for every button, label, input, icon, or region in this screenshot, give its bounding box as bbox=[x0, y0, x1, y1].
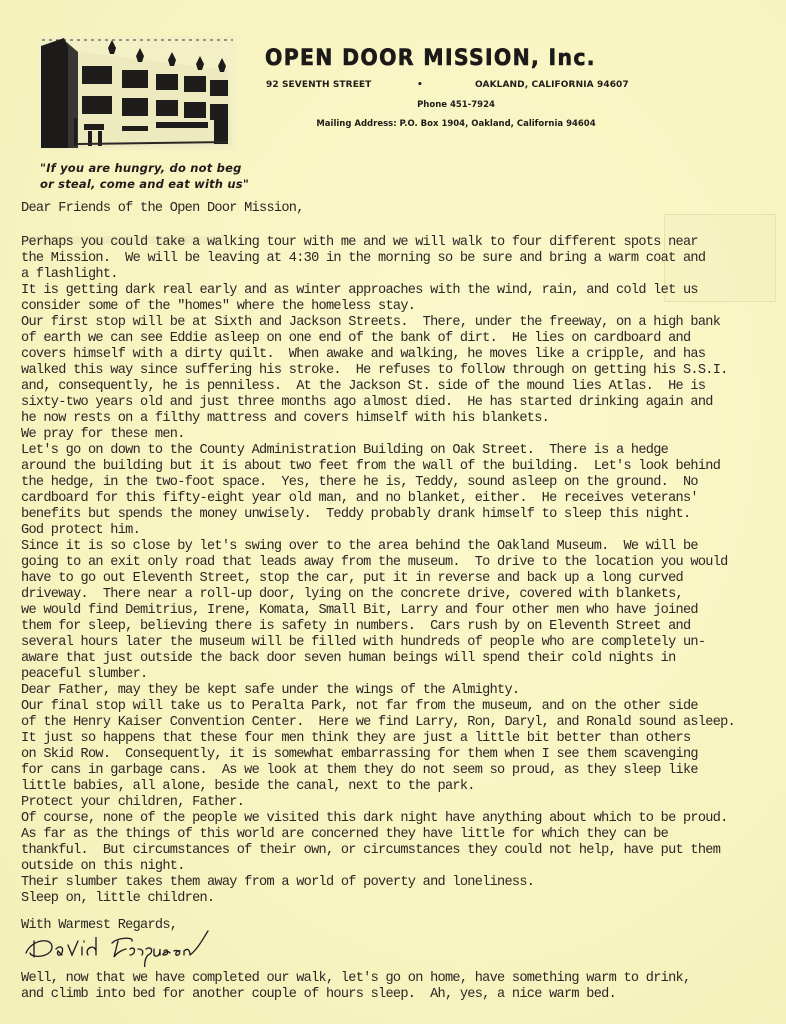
letter-line: covers himself with a dirty quilt. When … bbox=[21, 347, 705, 363]
salutation: Dear Friends of the Open Door Mission, bbox=[21, 201, 304, 217]
letter-line: them for sleep, believing there is safet… bbox=[21, 619, 690, 635]
letter-line: for cans in garbage cans. As we look at … bbox=[21, 763, 698, 779]
letter-line: Protect your children, Father. bbox=[21, 795, 244, 811]
letter-line: and, consequently, he is penniless. At t… bbox=[21, 379, 705, 395]
letter-line: Dear Father, may they be kept safe under… bbox=[21, 683, 519, 699]
letter-line: driveway. There near a roll-up door, lyi… bbox=[21, 587, 683, 603]
mission-building-photo bbox=[38, 36, 236, 150]
letter-line: the hedge, in the two-foot space. Yes, t… bbox=[21, 475, 698, 491]
letter-line: going to an exit only road that leads aw… bbox=[21, 555, 728, 571]
letter-line: Our final stop will take us to Peralta P… bbox=[21, 699, 698, 715]
postscript-line: Well, now that we have completed our wal… bbox=[21, 971, 690, 987]
letter-line: sixty-two years old and just three month… bbox=[21, 395, 713, 411]
letter-line: Since it is so close by let's swing over… bbox=[21, 539, 698, 555]
letter-line: around the building but it is about two … bbox=[21, 459, 720, 475]
motto-line: "If you are hungry, do not beg bbox=[40, 160, 260, 176]
letter-line: Their slumber takes them away from a wor… bbox=[21, 875, 534, 891]
letter-line: little babies, all alone, beside the can… bbox=[21, 779, 475, 795]
letter-line: Perhaps you could take a walking tour wi… bbox=[21, 235, 698, 251]
motto-line: or steal, come and eat with us" bbox=[40, 176, 260, 192]
letter-line: of the Henry Kaiser Convention Center. H… bbox=[21, 715, 735, 731]
letter-line: Let's go on down to the County Administr… bbox=[21, 443, 668, 459]
letter-line: benefits but spends the money unwisely. … bbox=[21, 507, 690, 523]
letter-line: Sleep on, little children. bbox=[21, 891, 214, 907]
letter-line: walked this way since suffering his stro… bbox=[21, 363, 728, 379]
letter-line: we would find Demitrius, Irene, Komata, … bbox=[21, 603, 698, 619]
letterhead-motto: "If you are hungry, do not beg or steal,… bbox=[38, 160, 260, 192]
mailing-address: Mailing Address: P.O. Box 1904, Oakland,… bbox=[266, 119, 646, 129]
phone-number: Phone 451-7924 bbox=[266, 100, 646, 110]
letter-line: Of course, none of the people we visited… bbox=[21, 811, 728, 827]
letter-line: he now rests on a filthy mattress and co… bbox=[21, 411, 549, 427]
letter-line: the Mission. We will be leaving at 4:30 … bbox=[21, 251, 705, 267]
letter-line: consider some of the "homes" where the h… bbox=[21, 299, 415, 315]
signature-scribble-icon bbox=[22, 927, 222, 967]
letter-line: a flashlight. bbox=[21, 267, 118, 283]
letter-line: It is getting dark real early and as win… bbox=[21, 283, 698, 299]
letter-line: outside on this night. bbox=[21, 859, 185, 875]
letter-line: of earth we can see Eddie asleep on one … bbox=[21, 331, 690, 347]
letter-line: thankful. But circumstances of their own… bbox=[21, 843, 720, 859]
letter-line: aware that just outside the back door se… bbox=[21, 651, 676, 667]
letter-line: several hours later the museum will be f… bbox=[21, 635, 705, 651]
organization-name: OPEN DOOR MISSION, Inc. bbox=[265, 46, 596, 71]
letter-line: We pray for these men. bbox=[21, 427, 185, 443]
letter-line: God protect him. bbox=[21, 523, 140, 539]
letter-line: It just so happens that these four men t… bbox=[21, 731, 690, 747]
letter-line: have to go out Eleventh Street, stop the… bbox=[21, 571, 683, 587]
street-address: 92 SEVENTH STREET bbox=[266, 80, 371, 90]
letter-line: peaceful slumber. bbox=[21, 667, 147, 683]
postscript-line: and climb into bed for another couple of… bbox=[21, 987, 616, 1003]
bullet-separator-icon: • bbox=[417, 80, 423, 90]
letter-line: on Skid Row. Consequently, it is somewha… bbox=[21, 747, 698, 763]
letter-line: As far as the things of this world are c… bbox=[21, 827, 668, 843]
letter-line: Our first stop will be at Sixth and Jack… bbox=[21, 315, 720, 331]
city-state-zip: OAKLAND, CALIFORNIA 94607 bbox=[475, 80, 629, 90]
building-image-icon bbox=[38, 36, 236, 150]
letter-line: cardboard for this fifty-eight year old … bbox=[21, 491, 698, 507]
